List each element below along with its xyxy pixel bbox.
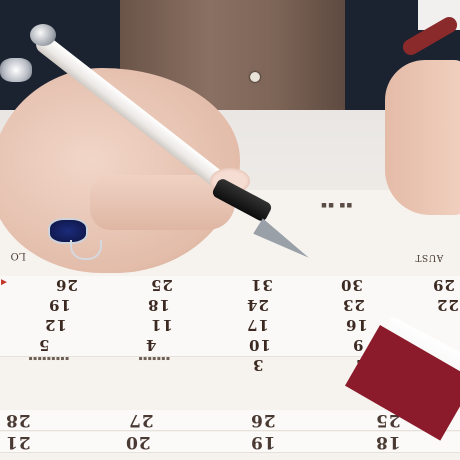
day-caption: ▪▪▪▪▪▪▪▪▪ <box>28 355 69 362</box>
right-header: AUST <box>415 252 443 262</box>
calendar-row: 21 20 19 18 <box>0 432 460 452</box>
photo-scene: ▪▪ ▪▪ LO AUST 26 25 31 30 29 ◂ 19 18 24 … <box>0 0 460 460</box>
day-caption: ▪▪▪▪▪▪▪ <box>138 355 170 362</box>
blouse-button <box>250 72 260 82</box>
far-label: LO <box>10 250 26 261</box>
calendar-row: 28 27 26 25 <box>0 410 460 430</box>
right-hand <box>385 60 460 215</box>
calendar-row: 26 25 31 30 29 ◂ <box>0 276 460 296</box>
far-numbers: ▪▪ ▪▪ <box>320 200 353 210</box>
calendar-row: 19 18 24 23 22 <box>0 296 460 316</box>
wristwatch <box>0 58 32 82</box>
pen-clicker <box>30 24 56 46</box>
